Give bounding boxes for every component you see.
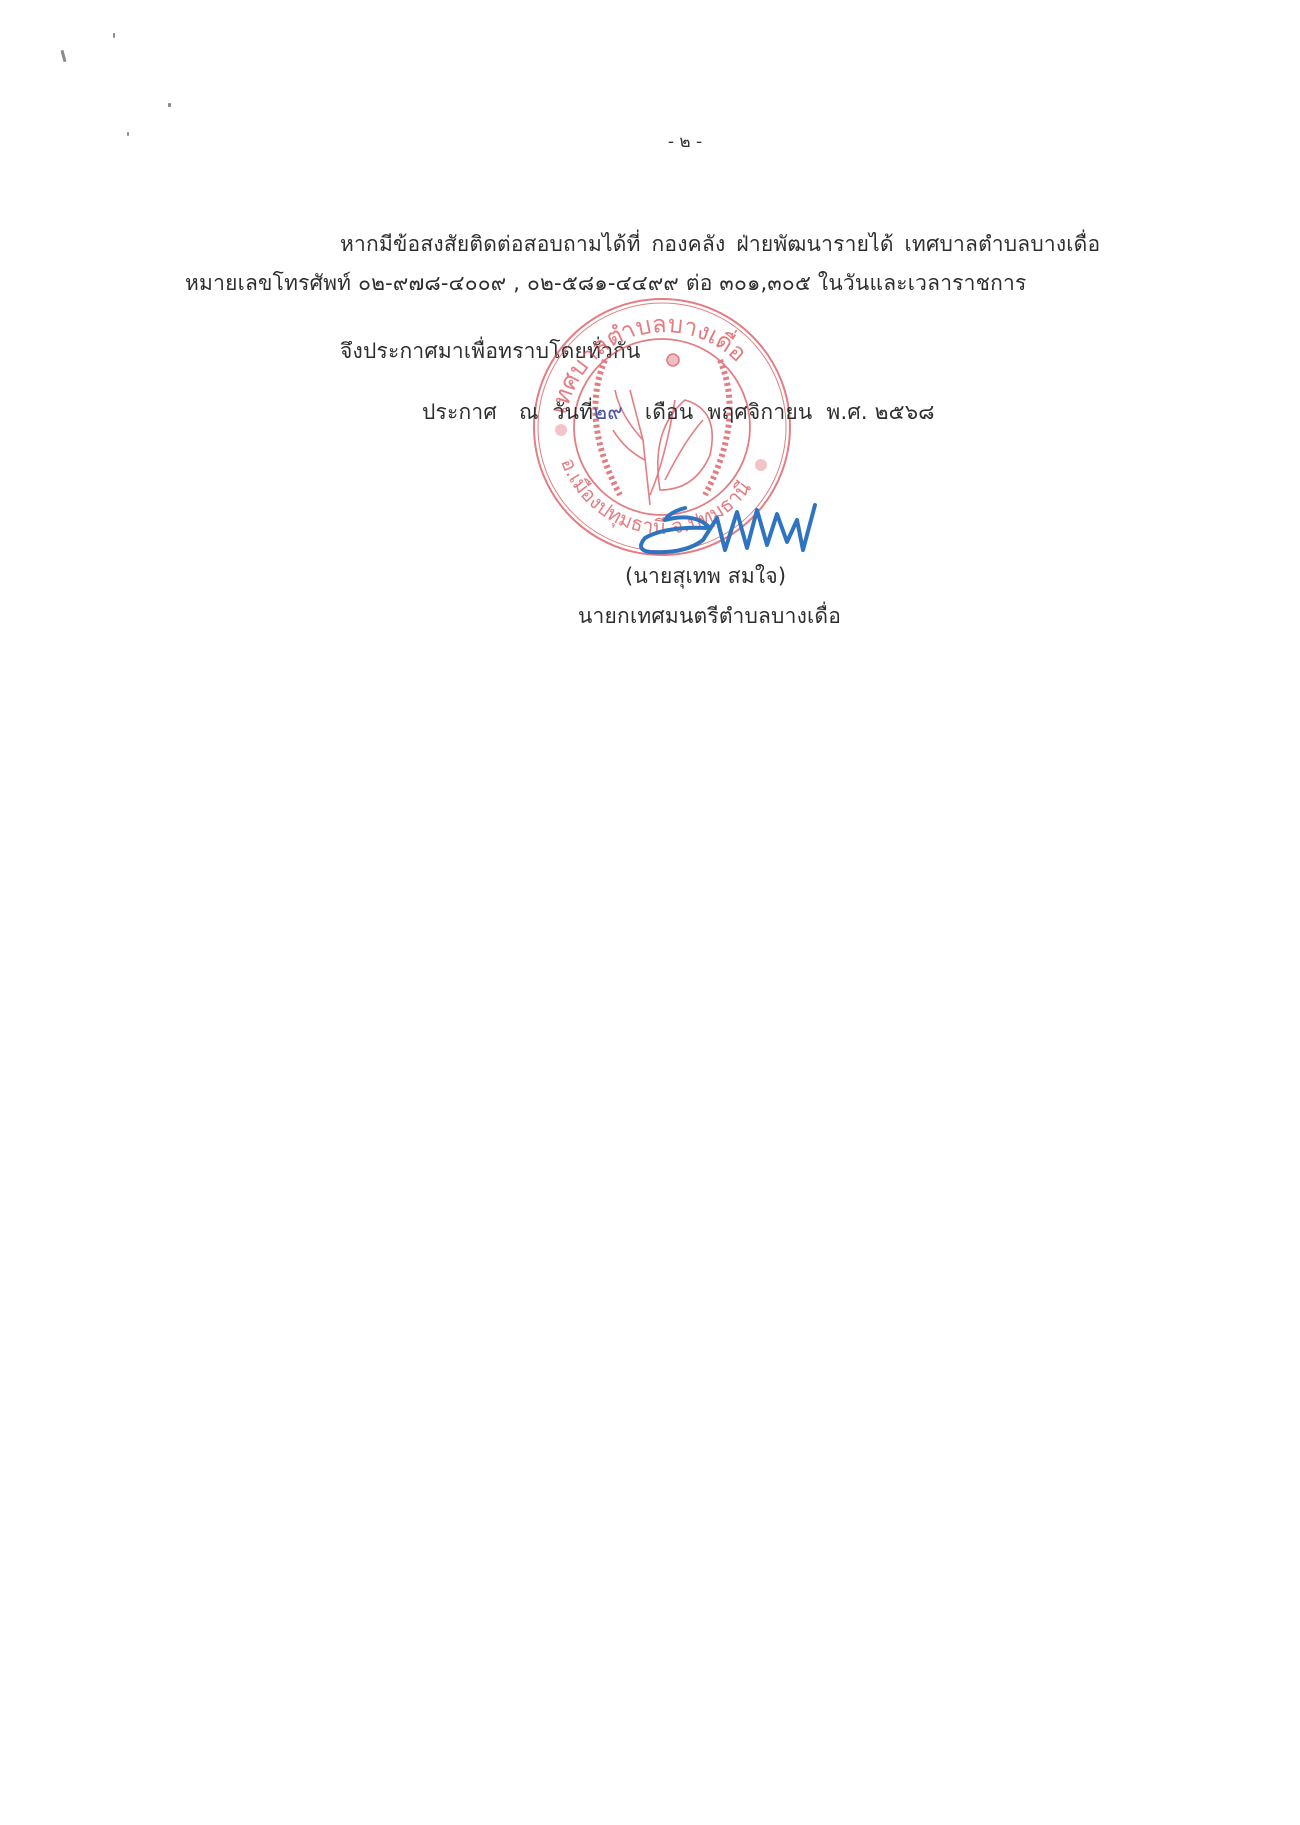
announce-at: ณ: [519, 400, 539, 424]
contact-line-2: หมายเลขโทรศัพท์ ๐๒-๙๗๘-๔๐๐๙ , ๐๒-๕๘๑-๔๔๙…: [185, 273, 1027, 294]
document-page: - ๒ - หากมีข้อสงสัยติดต่อสอบถามได้ที่ กอ…: [0, 0, 1300, 1825]
year-label: พ.ศ.: [826, 400, 867, 424]
page-number: - ๒ -: [640, 128, 730, 155]
signature-icon: [625, 490, 835, 570]
official-seal-stamp-icon: เทศบาลตำบลบางเดื่อ อ.เมืองปทุมธานี จ.ปทุ…: [525, 290, 800, 565]
year-value: ๒๕๖๘: [875, 400, 935, 424]
scan-speck: [60, 50, 66, 62]
handwritten-day: ๒๙: [593, 400, 623, 424]
stamp-bottom-text: อ.เมืองปทุมธานี จ.ปทุมธานี: [556, 454, 756, 539]
signatory-name: (นายสุเทพ สมใจ): [625, 566, 786, 587]
contact-line-1: หากมีข้อสงสัยติดต่อสอบถามได้ที่ กองคลัง …: [340, 234, 1100, 255]
scan-speck: [113, 33, 115, 38]
closing-statement: จึงประกาศมาเพื่อทราบโดยทั่วกัน: [340, 341, 641, 362]
day-label: วันที่: [553, 400, 594, 424]
scan-speck: [168, 103, 171, 107]
month-label: เดือน: [645, 400, 694, 424]
svg-text:อ.เมืองปทุมธานี จ.ปทุมธานี: อ.เมืองปทุมธานี จ.ปทุมธานี: [556, 454, 756, 539]
announcement-date-line: ประกาศณวันที่๒๙เดือนพฤศจิกายนพ.ศ. ๒๕๖๘: [422, 402, 935, 423]
month-value: พฤศจิกายน: [707, 400, 812, 424]
scan-speck: [127, 132, 129, 136]
announce-prefix: ประกาศ: [422, 400, 497, 424]
signatory-title: นายกเทศมนตรีตำบลบางเดื่อ: [578, 606, 841, 627]
